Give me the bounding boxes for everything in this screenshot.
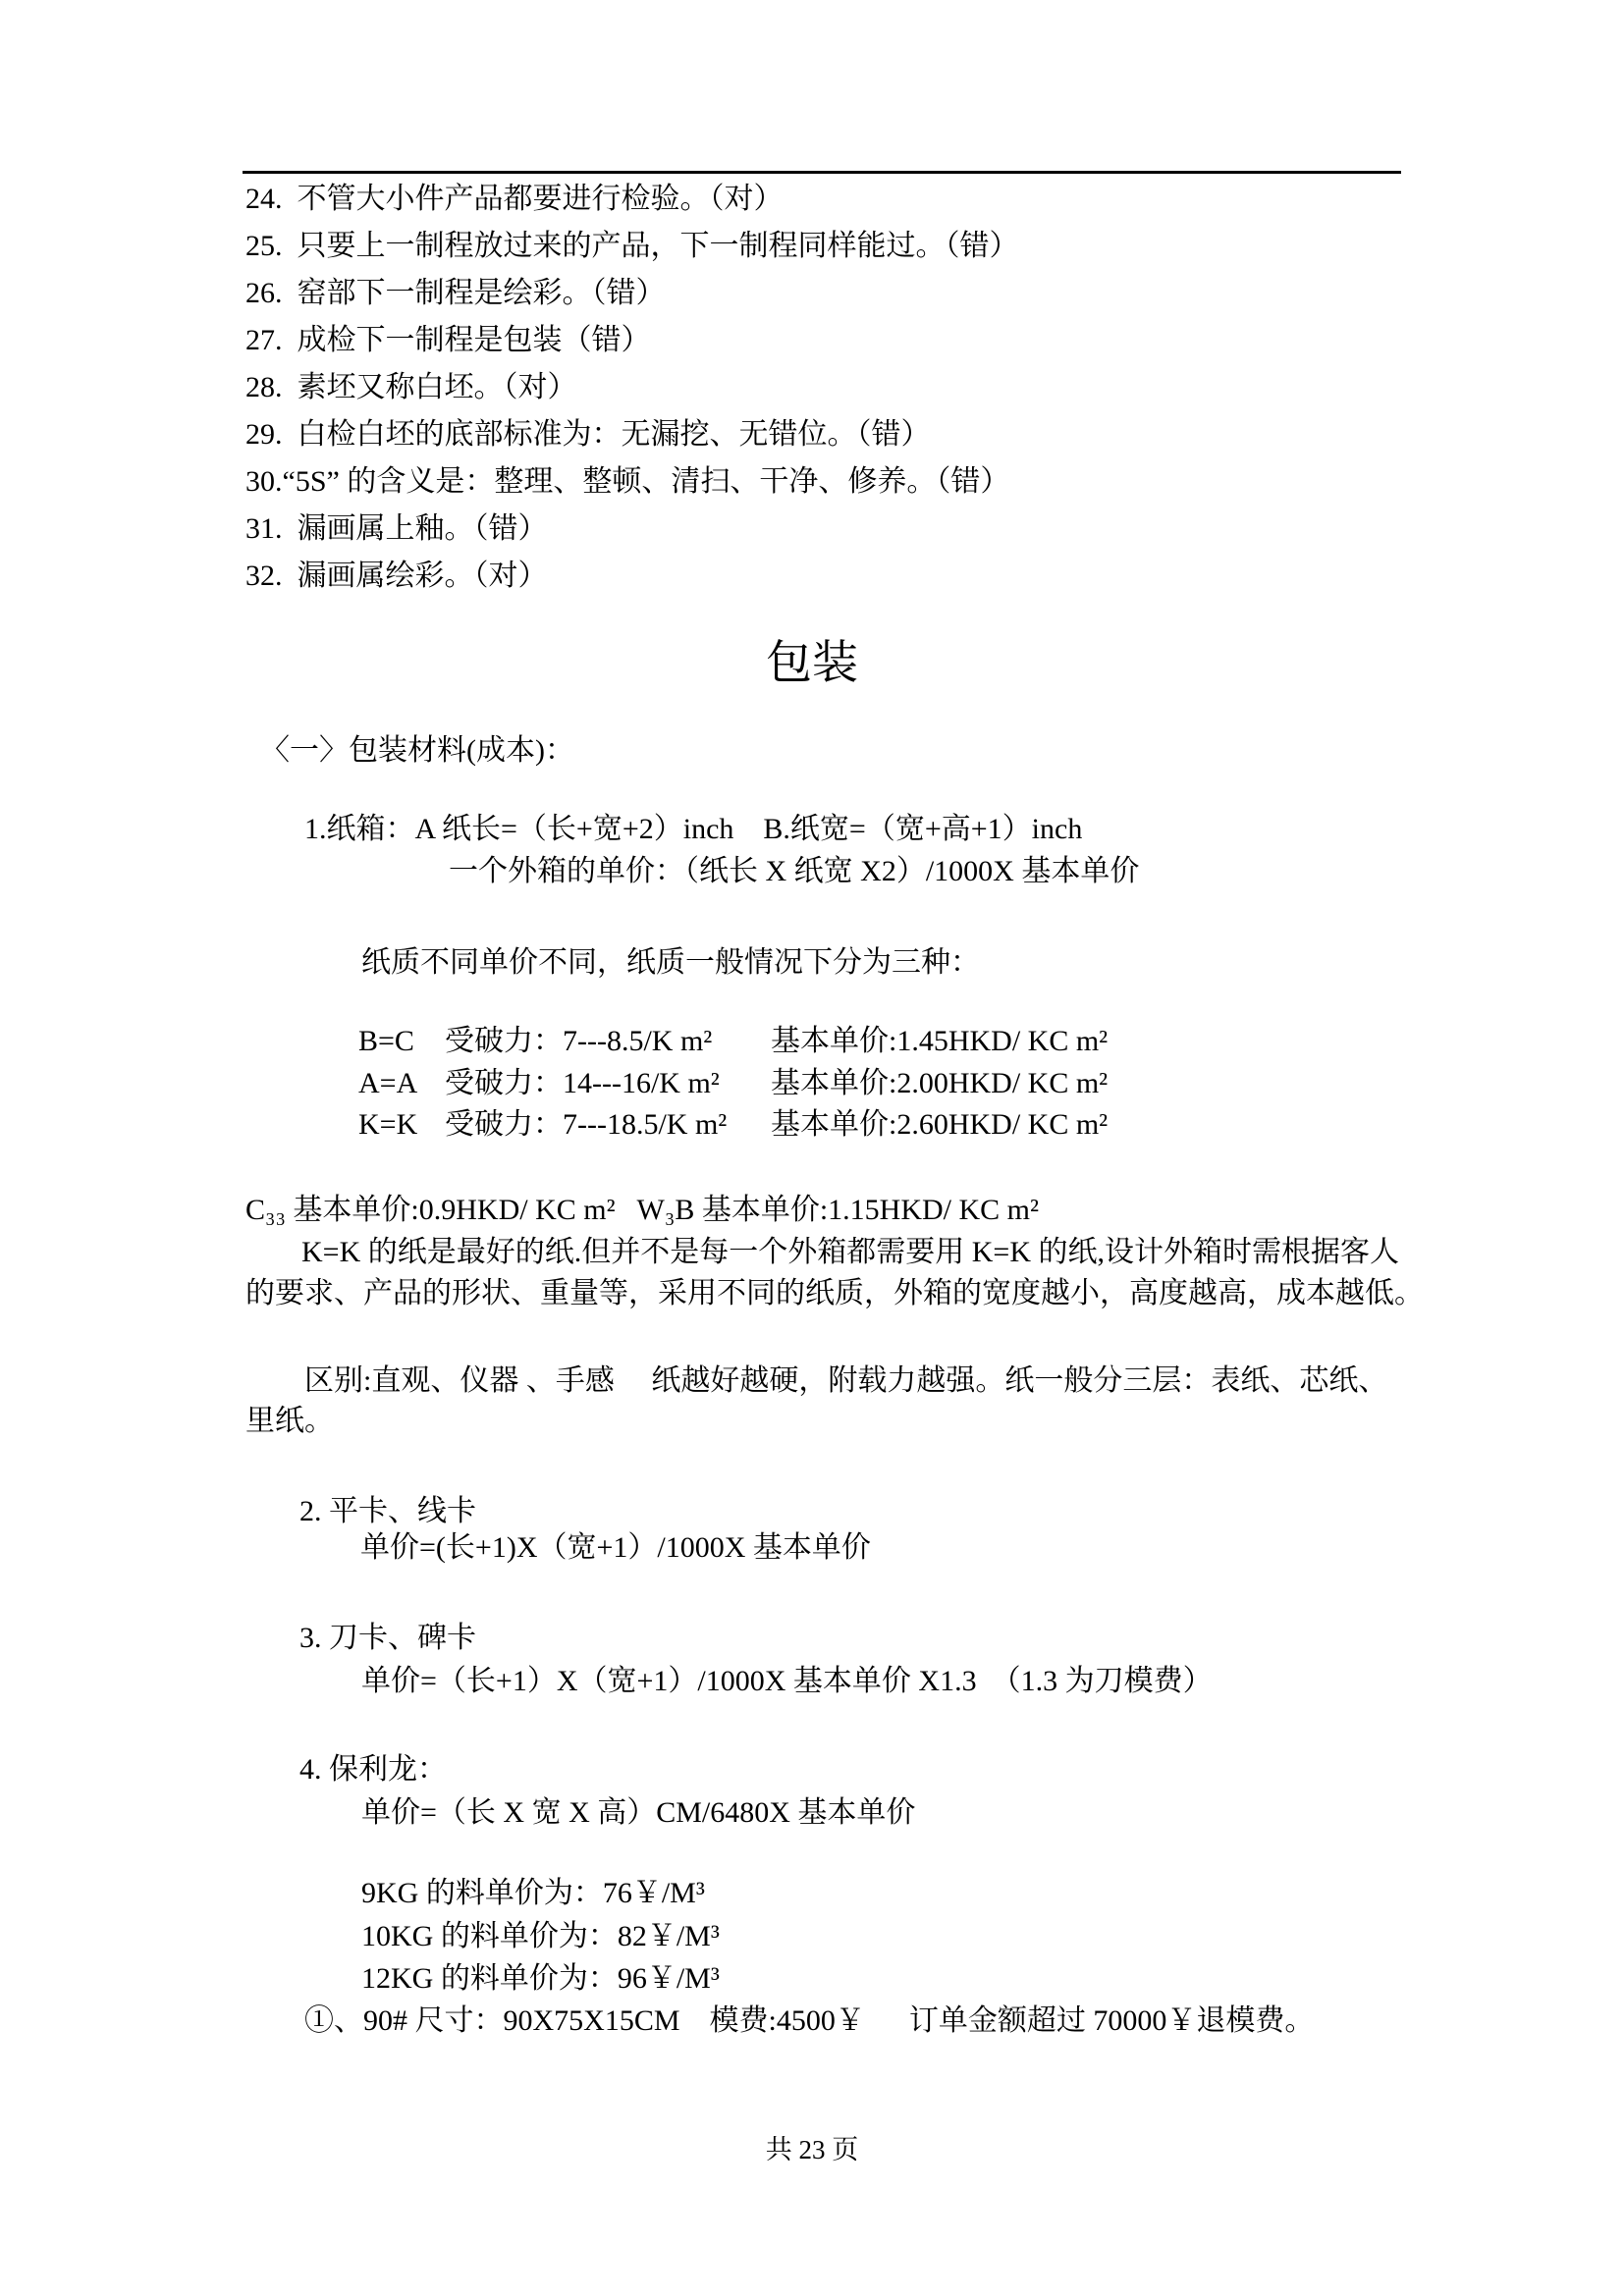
mold-fee-line: ①、90# 尺寸：90X75X15CM 模费:4500￥ 订单金额超过 7000… [304, 2002, 1314, 2040]
paper-grade-row-aa: A=A 受破力：14---16/K m² 基本单价:2.00HKD/ KC m² [358, 1065, 1108, 1102]
quiz-item-30: 30.“5S” 的含义是：整理、整顿、清扫、干净、修养。（错） [245, 463, 1009, 501]
polystyrene-price-10kg: 10KG 的料单价为：82￥/M³ [361, 1918, 720, 1955]
quiz-item-28: 28. 素坯又称白坯。（对） [245, 369, 577, 406]
burst-strength: 受破力：7---18.5/K m² [445, 1106, 771, 1144]
page-title: 包装 [0, 636, 1624, 691]
base-unit-price: 基本单价:2.00HKD/ KC m² [771, 1065, 1108, 1102]
paper-grade-row-kk: K=K 受破力：7---18.5/K m² 基本单价:2.60HKD/ KC m… [358, 1106, 1108, 1144]
polystyrene-heading: 4. 保利龙： [299, 1751, 447, 1789]
page-footer: 共 23 页 [0, 2128, 1624, 2166]
polystyrene-price-12kg: 12KG 的料单价为：96￥/M³ [361, 1960, 720, 1998]
section-heading-packing-materials: 〈一〉包装材料(成本)： [260, 732, 574, 770]
flat-card-heading: 2. 平卡、线卡 [299, 1493, 476, 1530]
base-unit-price: 基本单价:2.60HKD/ KC m² [771, 1106, 1108, 1144]
knife-card-heading: 3. 刀卡、碑卡 [299, 1620, 476, 1657]
document-page: 24. 不管大小件产品都要进行检验。（对） 25. 只要上一制程放过来的产品，下… [0, 0, 1624, 2296]
quiz-item-24: 24. 不管大小件产品都要进行检验。（对） [245, 181, 784, 218]
burst-strength: 受破力：7---8.5/K m² [445, 1023, 771, 1060]
quiz-item-26: 26. 窑部下一制程是绘彩。（错） [245, 275, 666, 312]
quiz-item-32: 32. 漏画属绘彩。（对） [245, 558, 548, 595]
base-unit-price: 基本单价:1.45HKD/ KC m² [771, 1023, 1108, 1060]
carton-formula-line1: 1.纸箱：A 纸长=（长+宽+2）inch B.纸宽=（宽+高+1）inch [304, 811, 1082, 848]
polystyrene-price-9kg: 9KG 的料单价为：76￥/M³ [361, 1875, 705, 1912]
grade-label: B=C [358, 1023, 445, 1060]
kk-paper-paragraph-line1: K=K 的纸是最好的纸.但并不是每一个外箱都需要用 K=K 的纸,设计外箱时需根… [301, 1234, 1399, 1271]
quiz-item-29: 29. 白检白坯的底部标准为：无漏挖、无错位。（错） [245, 416, 931, 454]
flat-card-formula: 单价=(长+1)X（宽+1）/1000X 基本单价 [360, 1529, 871, 1567]
paper-types-intro: 纸质不同单价不同，纸质一般情况下分为三种： [361, 944, 980, 982]
grade-label: K=K [358, 1106, 445, 1144]
extra-base-price-note: C₃₃ 基本单价:0.9HKD/ KC m² W₃B 基本单价:1.15HKD/… [245, 1192, 1039, 1229]
quiz-item-27: 27. 成检下一制程是包装（错） [245, 322, 651, 359]
carton-formula-line2: 一个外箱的单价：（纸长 X 纸宽 X2）/1000X 基本单价 [449, 853, 1139, 890]
difference-paragraph-line2: 里纸。 [245, 1403, 334, 1440]
kk-paper-paragraph-line2: 的要求、产品的形状、重量等，采用不同的纸质，外箱的宽度越小，高度越高，成本越低。 [245, 1275, 1424, 1312]
header-separator-line [243, 171, 1401, 174]
polystyrene-formula: 单价=（长 X 宽 X 高）CM/6480X 基本单价 [361, 1794, 915, 1832]
quiz-item-25: 25. 只要上一制程放过来的产品，下一制程同样能过。（错） [245, 228, 1019, 265]
grade-label: A=A [358, 1065, 445, 1102]
burst-strength: 受破力：14---16/K m² [445, 1065, 771, 1102]
quiz-item-31: 31. 漏画属上釉。（错） [245, 510, 548, 548]
paper-grade-row-bc: B=C 受破力：7---8.5/K m² 基本单价:1.45HKD/ KC m² [358, 1023, 1108, 1060]
difference-paragraph-line1: 区别:直观、仪器 、手感 纸越好越硬，附载力越强。纸一般分三层：表纸、芯纸、 [304, 1362, 1387, 1400]
knife-card-formula: 单价=（长+1）X（宽+1）/1000X 基本单价 X1.3 （1.3 为刀模费… [361, 1663, 1213, 1700]
